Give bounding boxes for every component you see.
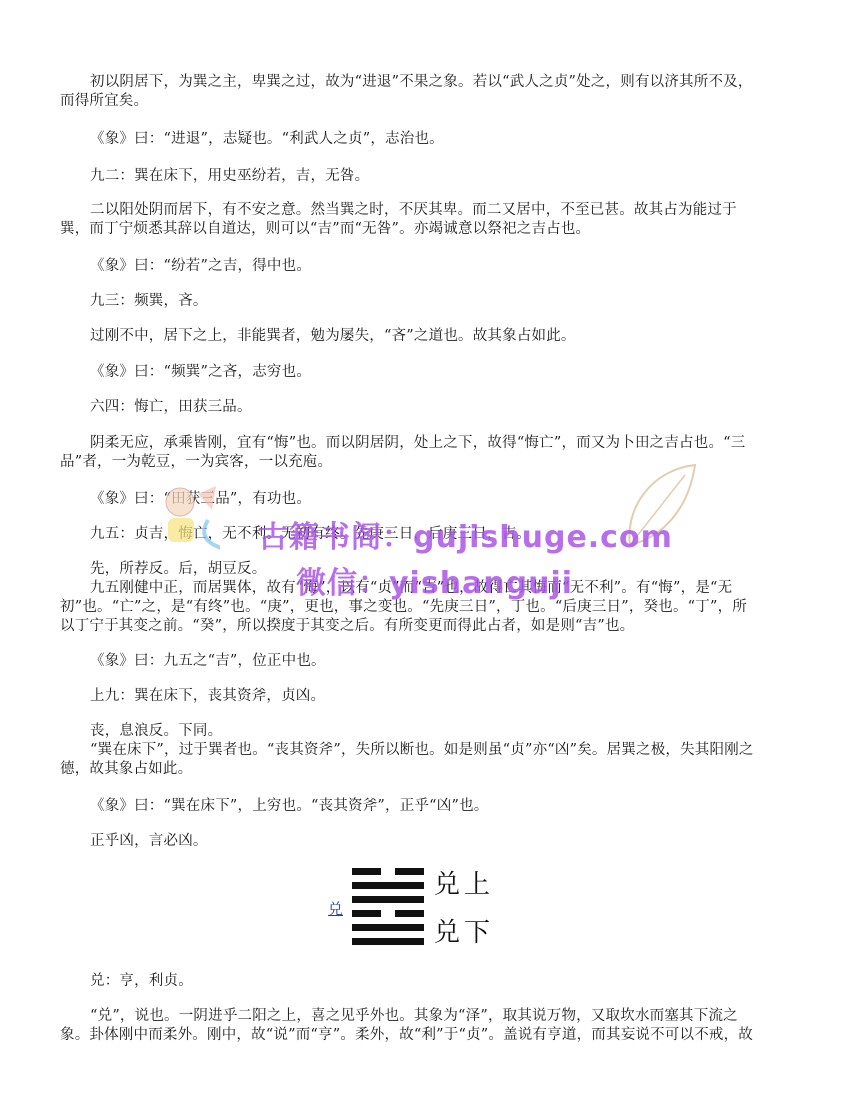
leaf-watermark-icon [620, 460, 700, 550]
paragraph: 《象》曰：“巽在床下”，上穷也。“丧其资斧”，正乎“凶”也。 [60, 797, 760, 816]
yang-line-icon [352, 882, 424, 889]
yin-line-icon [352, 910, 424, 917]
paragraph: 九二：巽在床下，用史巫纷若，吉，无咎。 [60, 167, 760, 186]
paragraph: 六四：悔亡，田获三品。 [60, 398, 760, 417]
paragraph: 兑：亨，利贞。 [60, 972, 760, 991]
lower-trigram-label: 兑下 [434, 912, 494, 949]
paragraph: 过刚不中，居下之上，非能巽者，勉为屡失，“吝”之道也。故其象占如此。 [60, 327, 760, 346]
paragraph: 《象》曰：“进退”，志疑也。“利武人之贞”，志治也。 [60, 130, 760, 149]
paragraph: 《象》曰：九五之“吉”，位正中也。 [60, 652, 760, 671]
paragraph: 上九：巽在床下，丧其资斧，贞凶。 [60, 687, 760, 706]
hexagram-figure: 兑 兑上 兑下 [328, 862, 498, 954]
hexagram-lines-icon [352, 868, 424, 952]
yin-line-icon [352, 868, 424, 875]
upper-trigram-label: 兑上 [434, 864, 494, 901]
paragraph: 先，所荐反。后，胡豆反。 [60, 560, 760, 579]
paragraph: 丧，息浪反。下同。 [60, 722, 760, 741]
paragraph: 《象》曰：“频巽”之吝，志穷也。 [60, 363, 760, 382]
paragraph: 《象》曰：“纷若”之吉，得中也。 [60, 257, 760, 276]
paragraph: 二以阳处阴而居下，有不安之意。然当巽之时，不厌其卑。而二又居中，不至已甚。故其占… [60, 201, 760, 239]
paragraph: “巽在床下”，过于巽者也。“丧其资斧”，失所以断也。如是则虽“贞”亦“凶”矣。居… [60, 741, 760, 779]
paragraph: 初以阴居下，为巽之主，卑巽之过，故为“进退”不果之象。若以“武人之贞”处之，则有… [60, 73, 760, 111]
yang-line-icon [352, 896, 424, 903]
yang-line-icon [352, 924, 424, 931]
mascot-watermark-icon [150, 480, 220, 560]
yang-line-icon [352, 938, 424, 945]
hexagram-link[interactable]: 兑 [328, 898, 343, 919]
paragraph: 九三：频巽，吝。 [60, 292, 760, 311]
paragraph: 九五刚健中正，而居巽体，故有“悔”，以有“贞”而“吉”也，故得亡其悔而“无不利”… [60, 579, 760, 636]
paragraph: “兑”，说也。一阴进乎二阳之上，喜之见乎外也。其象为“泽”，取其说万物，又取坎水… [60, 1007, 760, 1045]
paragraph: 正乎凶，言必凶。 [60, 832, 760, 851]
